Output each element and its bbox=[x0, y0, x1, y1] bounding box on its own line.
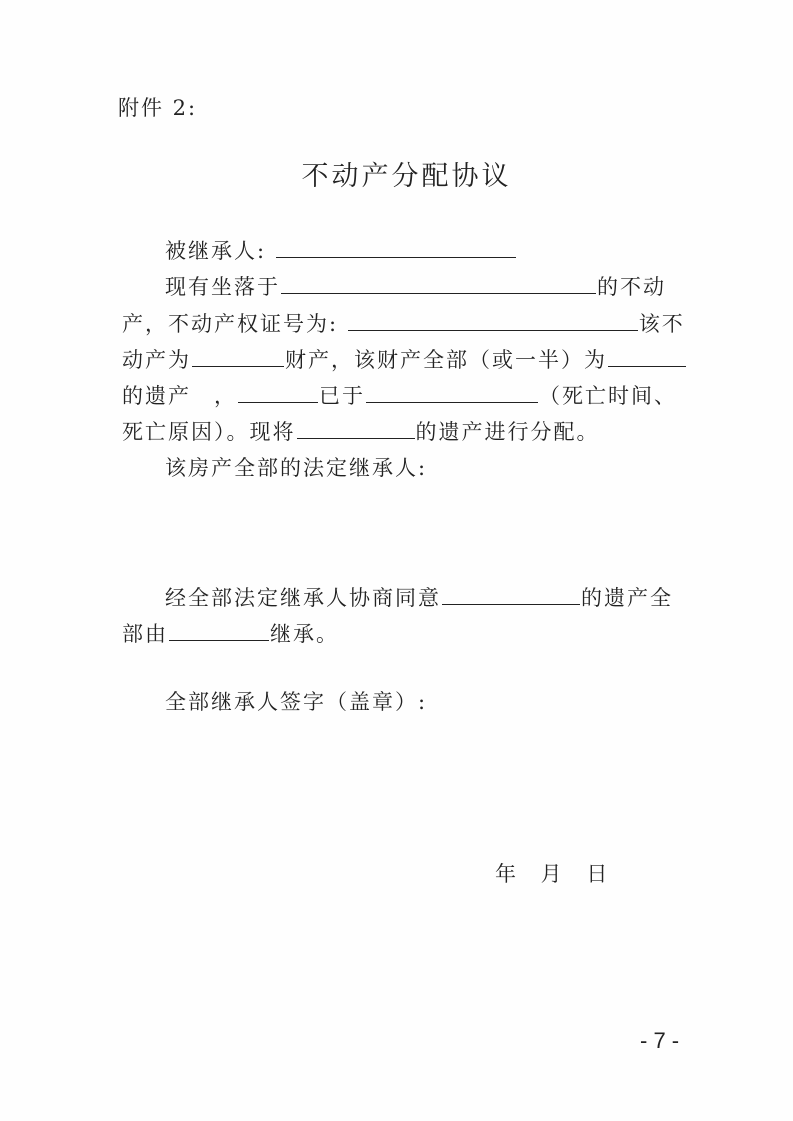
agreement-line: 经全部法定继承人协商同意的遗产全 bbox=[165, 584, 673, 612]
inheritor-suffix: 继承。 bbox=[270, 622, 339, 646]
page-number: - 7 - bbox=[640, 1028, 679, 1054]
distribution-blank[interactable] bbox=[297, 418, 415, 439]
inheritor-blank[interactable] bbox=[169, 620, 269, 641]
document-page: 附件 2: 不动产分配协议 被继承人: 现有坐落于的不动 产，不动产权证号为: … bbox=[0, 0, 793, 1121]
certificate-label: 产，不动产权证号为: bbox=[122, 312, 338, 336]
agreement-suffix: 的遗产全 bbox=[581, 586, 673, 610]
certificate-line: 产，不动产权证号为: 该不 bbox=[122, 310, 685, 338]
property-type-blank[interactable] bbox=[192, 346, 284, 367]
signature-label: 全部继承人签字（盖章）: bbox=[165, 690, 427, 714]
death-line: 的遗产 ，已于（死亡时间、 bbox=[122, 382, 677, 410]
inheritor-line: 部由继承。 bbox=[122, 620, 339, 648]
certificate-suffix: 该不 bbox=[639, 312, 685, 336]
decedent-line: 被继承人: bbox=[165, 237, 517, 265]
attachment-label: 附件 2: bbox=[118, 92, 197, 122]
died-on-label: 已于 bbox=[319, 384, 365, 408]
property-share-label: 财产，该财产全部（或一半）为 bbox=[285, 348, 607, 372]
death-details-suffix: （死亡时间、 bbox=[539, 384, 677, 408]
location-line: 现有坐落于的不动 bbox=[165, 273, 666, 301]
distribution-label: 死亡原因）。现将 bbox=[122, 420, 296, 444]
estate-label: 的遗产 ， bbox=[122, 384, 237, 408]
heirs-label: 该房产全部的法定继承人: bbox=[165, 456, 427, 480]
document-title: 不动产分配协议 bbox=[0, 154, 793, 193]
distribution-suffix: 的遗产进行分配。 bbox=[416, 420, 600, 444]
property-type-label: 动产为 bbox=[122, 348, 191, 372]
signature-line: 全部继承人签字（盖章）: bbox=[165, 688, 427, 716]
agreement-estate-blank[interactable] bbox=[442, 584, 580, 605]
death-details-blank[interactable] bbox=[366, 382, 538, 403]
certificate-blank[interactable] bbox=[348, 310, 638, 331]
location-suffix: 的不动 bbox=[597, 275, 666, 299]
location-blank[interactable] bbox=[281, 273, 596, 294]
inheritor-label: 部由 bbox=[122, 622, 168, 646]
property-share-blank[interactable] bbox=[608, 346, 686, 367]
date-label: 年 月 日 bbox=[495, 858, 607, 888]
distribution-line: 死亡原因）。现将的遗产进行分配。 bbox=[122, 418, 600, 446]
decedent-blank[interactable] bbox=[276, 237, 516, 258]
decedent-label: 被继承人: bbox=[165, 239, 266, 263]
agreement-label: 经全部法定继承人协商同意 bbox=[165, 586, 441, 610]
location-label: 现有坐落于 bbox=[165, 275, 280, 299]
deceased-name-blank[interactable] bbox=[238, 382, 318, 403]
property-type-line: 动产为财产，该财产全部（或一半）为 bbox=[122, 346, 687, 374]
heirs-line: 该房产全部的法定继承人: bbox=[165, 454, 427, 482]
